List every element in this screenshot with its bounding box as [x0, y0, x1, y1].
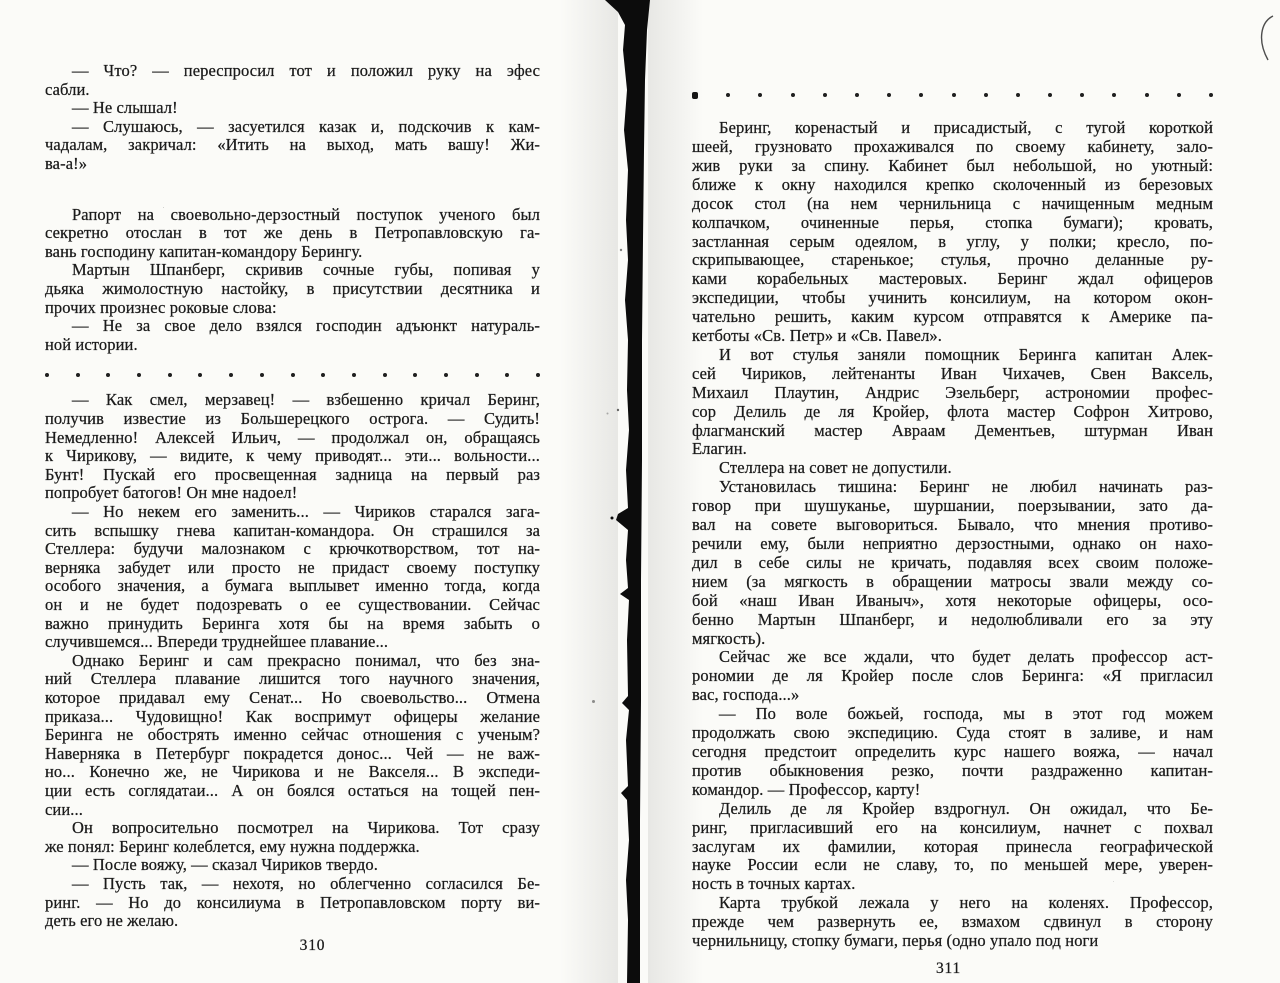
separator-dot [168, 373, 172, 377]
paragraph: Он вопросительно посмотрел на Чирикова. … [45, 819, 540, 856]
separator-dot [413, 373, 417, 377]
text-line: ринг, пригласивший его на консилиум, нач… [692, 819, 1213, 838]
text-line: кетботы «Св. Петр» и «Св. Павел». [692, 327, 1213, 346]
paragraph-gap [45, 354, 540, 365]
text-line: Однако Беринг и сам прекрасно понимал, ч… [45, 652, 540, 671]
separator-dot [45, 373, 49, 377]
text-line: — Не за свое дело взялся господин адъюнк… [45, 317, 540, 336]
paragraph: — По воле божьей, господа, мы в этот год… [692, 705, 1213, 800]
text-line: секретно отослан в тот же день в Петропа… [45, 224, 540, 243]
separator-dot [758, 93, 762, 97]
text-line: сить вспышку гнева капитан-командора. Он… [45, 522, 540, 541]
paragraph: — Что? — переспросил тот и положил руку … [45, 62, 540, 99]
separator-dot [726, 93, 730, 97]
page-right-text: Беринг, коренастый и присадистый, с туго… [692, 86, 1213, 960]
separator-dot [137, 373, 141, 377]
text-line: колпачком, очиненные перья, стопка бумаг… [692, 214, 1213, 233]
page-number-left: 310 [65, 937, 560, 956]
text-line: вань господину капитан-командору Берингу… [45, 243, 540, 262]
text-line: — Слушаюсь, — засуетился казак и, подско… [45, 118, 540, 137]
dotted-separator [45, 365, 540, 384]
separator-dot [106, 373, 110, 377]
text-line: деть его не желаю. [45, 912, 540, 931]
page-number-right: 311 [688, 960, 1209, 979]
separator-dot [1145, 93, 1149, 97]
text-line: — После вояжу, — сказал Чириков твердо. [45, 856, 540, 875]
text-line: чательно решить, каким курсом отправятся… [692, 308, 1213, 327]
text-line: — Но некем его заменить... — Чириков ста… [45, 503, 540, 522]
paragraph: Стеллера на совет не допустили. [692, 459, 1213, 478]
text-line: ность в точных картах. [692, 875, 1213, 894]
separator-dot [1209, 93, 1213, 97]
text-line: — Как смел, мерзавец! — взбешенно кричал… [45, 391, 540, 410]
text-line: нием (за мягкость в обращении матросы зв… [692, 573, 1213, 592]
text-line: чадалам, закричал: «Итить на выход, мать… [45, 136, 540, 155]
separator-dot [1048, 93, 1052, 97]
text-line: Наверняка в Петербург покрадется донос..… [45, 745, 540, 764]
text-line: Карта трубкой лежала у него на коленях. … [692, 894, 1213, 913]
text-line: Он вопросительно посмотрел на Чирикова. … [45, 819, 540, 838]
paragraph: Мартын Шпанберг, скривив сочные губы, по… [45, 261, 540, 317]
text-line: — Что? — переспросил тот и положил руку … [45, 62, 540, 81]
separator-dot [1112, 93, 1116, 97]
text-line: дьяка жимолостную настойку, в присутстви… [45, 280, 540, 299]
text-line: командор. — Профессор, карту! [692, 781, 1213, 800]
paragraph-gap [692, 951, 1213, 960]
text-line: Рапорт на своевольно-дерзостный поступок… [45, 206, 540, 225]
text-line: сабли. [45, 81, 540, 100]
separator-dot [291, 373, 295, 377]
text-line: важно принудить Беринга хотя бы на время… [45, 615, 540, 634]
separator-dot [475, 373, 479, 377]
text-line: — По воле божьей, господа, мы в этот год… [692, 705, 1213, 724]
text-line: же понял: Беринг колеблется, ему нужна п… [45, 838, 540, 857]
text-line: ва-а!» [45, 155, 540, 174]
text-line: особого значения, а бумага выплывет имен… [45, 577, 540, 596]
paragraph: — Как смел, мерзавец! — взбешенно кричал… [45, 391, 540, 503]
text-line: сегодня предстоит определить курс нашего… [692, 743, 1213, 762]
text-line: жив руки за спину. Кабинет был небольшой… [692, 157, 1213, 176]
paragraph: — Пусть так, — нехотя, но облегченно сог… [45, 875, 540, 931]
separator-dot [229, 373, 233, 377]
text-line: бой «наш Иван Иваныч», хотя некоторые оф… [692, 592, 1213, 611]
text-line: говор при шушуканье, шуршании, поерзыван… [692, 497, 1213, 516]
text-line: вал на совете выговориться. Бывало, что … [692, 516, 1213, 535]
separator-dot [919, 93, 923, 97]
paragraph: Однако Беринг и сам прекрасно понимал, ч… [45, 652, 540, 819]
separator-dot [536, 373, 540, 377]
text-line: Елагин. [692, 440, 1213, 459]
paragraph-gap [45, 174, 540, 206]
text-line: — Не слышал! [45, 99, 540, 118]
book-spread: — Что? — переспросил тот и положил руку … [0, 0, 1280, 983]
text-line: Немедленно! Алексей Ильич, — продолжал о… [45, 429, 540, 448]
paragraph: Сейчас же все ждали, что будет делать пр… [692, 648, 1213, 705]
text-line: Делиль де ля Кройер вздрогнул. Он ожидал… [692, 800, 1213, 819]
separator-dot [444, 373, 448, 377]
text-line: заслугам их фамилии, которая принесла ге… [692, 838, 1213, 857]
text-line: вас, господа...» [692, 686, 1213, 705]
text-line: случившемся... Впереди труднейшее плаван… [45, 633, 540, 652]
text-line: ной истории. [45, 336, 540, 355]
text-line: — Пусть так, — нехотя, но облегченно сог… [45, 875, 540, 894]
page-left-text: — Что? — переспросил тот и положил руку … [45, 62, 540, 937]
separator-dot [791, 93, 795, 97]
text-line: сор Делиль де ля Кройер, флота мастер Со… [692, 403, 1213, 422]
text-line: скрипывающее, старенькое; стулья, прочно… [692, 251, 1213, 270]
text-line: Мартын Шпанберг, скривив сочные губы, по… [45, 261, 540, 280]
dotted-separator [692, 86, 1213, 105]
text-line: получив известие из Большерецкого острог… [45, 410, 540, 429]
text-line: Михаил Плаутин, Андрис Эзельберг, астрон… [692, 384, 1213, 403]
separator-dot [952, 93, 956, 97]
paragraph: Карта трубкой лежала у него на коленях. … [692, 894, 1213, 951]
separator-dot [383, 373, 387, 377]
paragraph-gap [692, 105, 1213, 119]
separator-dot [855, 93, 859, 97]
text-line: шеей, грузновато прохаживался по своему … [692, 138, 1213, 157]
page-right: Беринг, коренастый и присадистый, с туго… [692, 86, 1213, 979]
paragraph: — После вояжу, — сказал Чириков твердо. [45, 856, 540, 875]
text-line: науке России если не славу, то, по меньш… [692, 856, 1213, 875]
text-line: мягкость). [692, 630, 1213, 649]
text-line: Беринг, коренастый и присадистый, с туго… [692, 119, 1213, 138]
text-line: Бунт! Пускай его просвещенная задница на… [45, 466, 540, 485]
separator-dot [984, 93, 988, 97]
text-line: прежде чем развернуть ее, взмахом сдвину… [692, 913, 1213, 932]
binding-shadow [588, 0, 668, 983]
text-line: против обыкновения резко, почти раздраже… [692, 762, 1213, 781]
text-line: сей Чириков, лейтенанты Иван Чихачев, Св… [692, 365, 1213, 384]
scan-speckles [592, 700, 595, 703]
page-curl-mark [1240, 8, 1280, 70]
text-line: ции есть соглядатаи... А он боялся остат… [45, 782, 540, 801]
text-line: но... Конечно же, не Чирикова и не Ваксе… [45, 763, 540, 782]
text-line: сии... [45, 801, 540, 820]
text-line: приказа... Чудовищно! Как воспримут офиц… [45, 708, 540, 727]
separator-dot [887, 93, 891, 97]
text-line: флагманский мастер Авраам Дементьев, шту… [692, 422, 1213, 441]
separator-dot [352, 373, 356, 377]
paragraph: — Но некем его заменить... — Чириков ста… [45, 503, 540, 652]
paragraph: — Не за свое дело взялся господин адъюнк… [45, 317, 540, 354]
text-line: застланная серым одеялом, в углу, у полк… [692, 233, 1213, 252]
text-line: чернильницу, стопку бумаги, перья (одно … [692, 932, 1213, 951]
text-line: речили ему, были неприятно дерзостными, … [692, 535, 1213, 554]
paragraph: Беринг, коренастый и присадистый, с туго… [692, 119, 1213, 346]
paragraph: И вот стулья заняли помощник Беринга кап… [692, 346, 1213, 459]
text-line: И вот стулья заняли помощник Беринга кап… [692, 346, 1213, 365]
paragraph: Установилась тишина: Беринг не любил нач… [692, 478, 1213, 648]
separator-dot [505, 373, 509, 377]
text-line: ближе к окну находился крепко сколоченны… [692, 176, 1213, 195]
paragraph: Делиль де ля Кройер вздрогнул. Он ожидал… [692, 800, 1213, 895]
text-line: продолжать свою экспедицию. Суда стоят в… [692, 724, 1213, 743]
separator-dot [823, 93, 827, 97]
separator-dot [1016, 93, 1020, 97]
page-left: — Что? — переспросил тот и положил руку … [45, 62, 540, 956]
text-line: которое придавал ему Сенат... Но своевол… [45, 689, 540, 708]
text-line: ний Стеллера плавание лишится того научн… [45, 670, 540, 689]
text-line: Установилась тишина: Беринг не любил нач… [692, 478, 1213, 497]
separator-dot [260, 373, 264, 377]
text-line: бенно Мартын Шпанберг, и недолюбливали е… [692, 611, 1213, 630]
text-line: рономии де ля Кройер после слов Беринга:… [692, 667, 1213, 686]
text-line: Сейчас же все ждали, что будет делать пр… [692, 648, 1213, 667]
text-line: экспедиции, чтобы учинить консилиум, на … [692, 289, 1213, 308]
paragraph: — Слушаюсь, — засуетился казак и, подско… [45, 118, 540, 174]
separator-dot [1177, 93, 1181, 97]
text-line: он и не будет подозревать о ее существов… [45, 596, 540, 615]
text-line: досок стол (на нем чернильница с начищен… [692, 195, 1213, 214]
text-line: верняка забудет или просто не придаст св… [45, 559, 540, 578]
text-line: Стеллера на совет не допустили. [692, 459, 1213, 478]
text-line: Беринга не обострять именно сейчас отнош… [45, 726, 540, 745]
text-line: к Чирикову, — видите, к чему приводят...… [45, 447, 540, 466]
text-line: попробует батогов! Он мне надоел! [45, 484, 540, 503]
text-line: ками корабельных мастеровых. Беринг ждал… [692, 270, 1213, 289]
paragraph: Рапорт на своевольно-дерзостный поступок… [45, 206, 540, 262]
separator-dot [198, 373, 202, 377]
text-line: прочих произнес роковые слова: [45, 299, 540, 318]
separator-square-dot [692, 92, 698, 99]
separator-dot [1080, 93, 1084, 97]
paragraph: — Не слышал! [45, 99, 540, 118]
separator-dot [321, 373, 325, 377]
text-line: дил в себе силы не кричать, подавляя все… [692, 554, 1213, 573]
text-line: ринг. — Но до консилиума в Петропавловск… [45, 894, 540, 913]
text-line: Стеллера: будучи малознаком с крючкотвор… [45, 540, 540, 559]
separator-dot [76, 373, 80, 377]
